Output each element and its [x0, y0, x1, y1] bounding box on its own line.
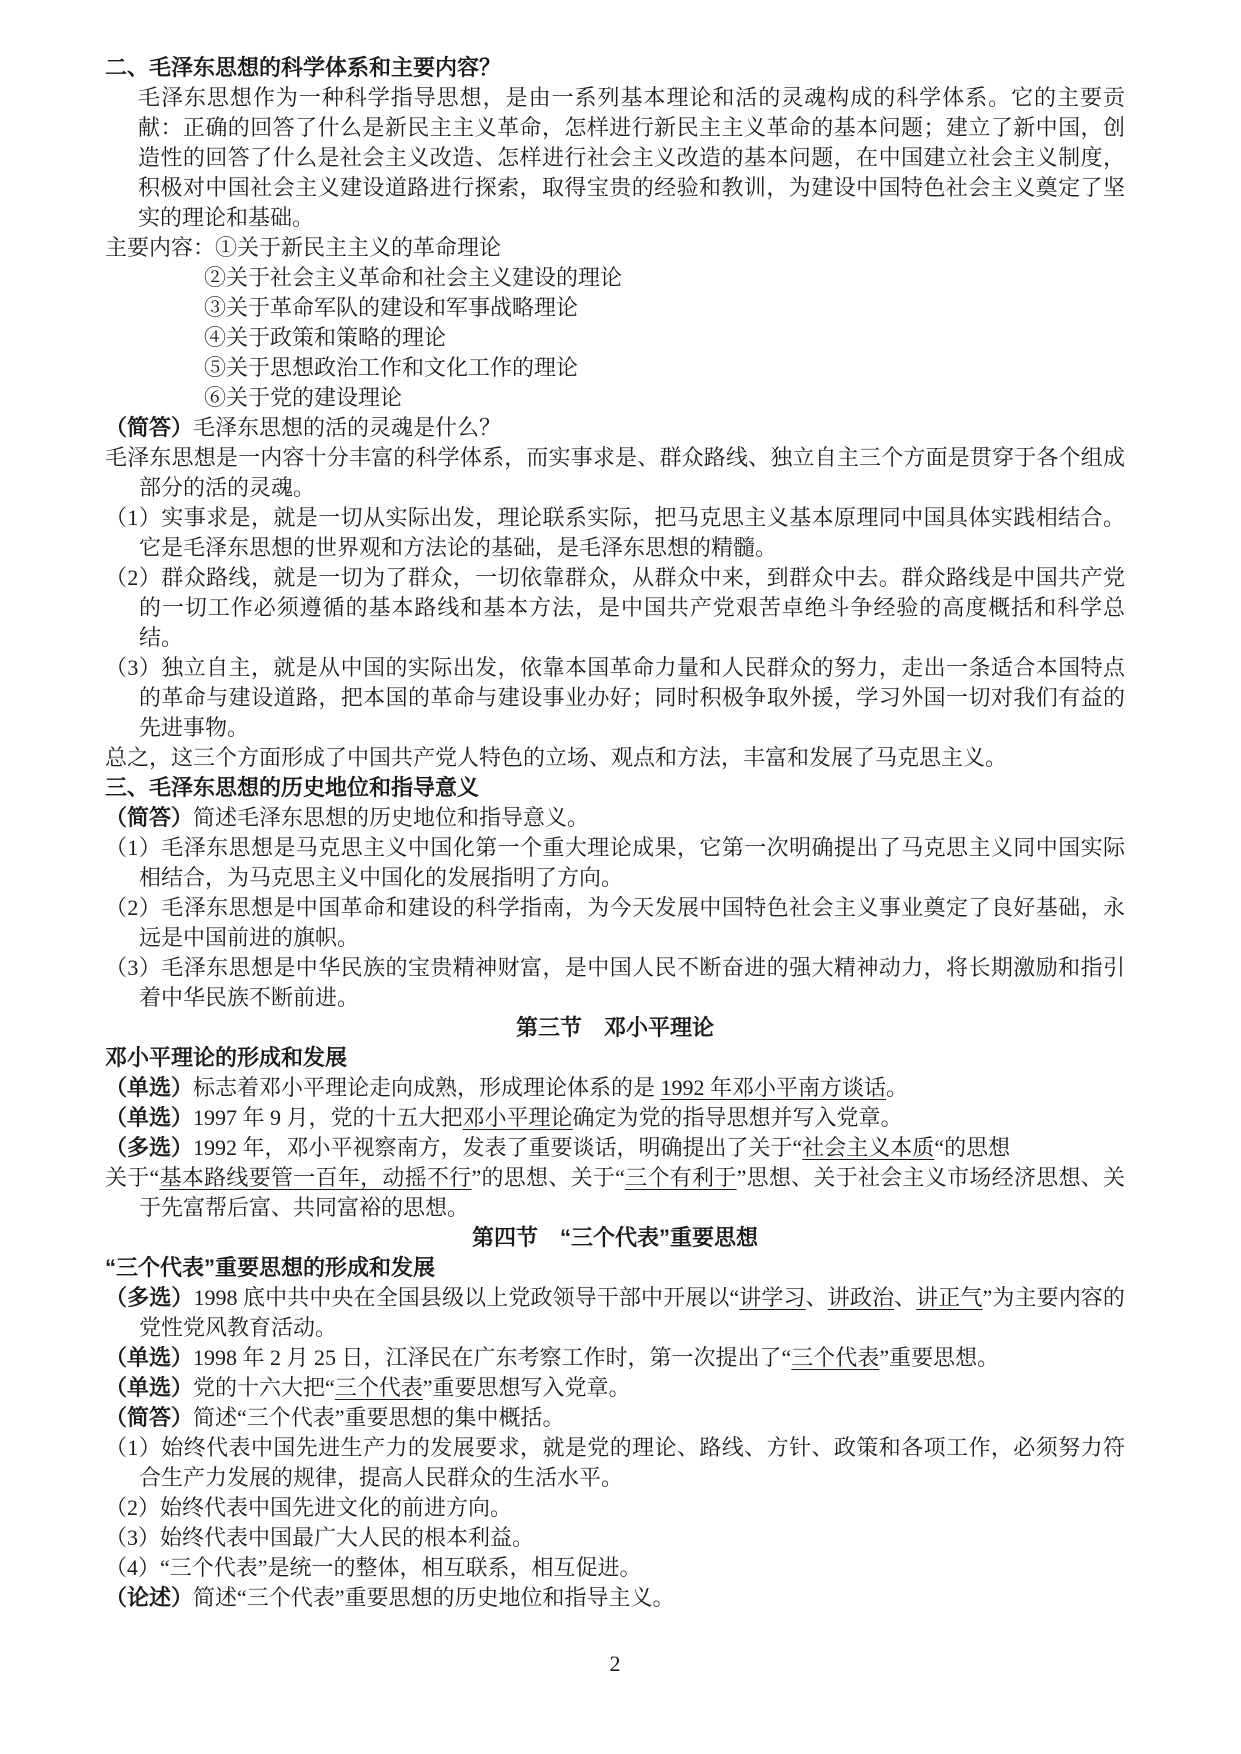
question-type-label: （多选） — [105, 1135, 193, 1160]
question-type-label: （多选） — [105, 1285, 193, 1310]
text-run: 1998 年 2 月 25 日，江泽民在广东考察工作时，第一次提出了“ — [193, 1345, 791, 1370]
question-deng-15th-congress: （单选）1997 年 9 月，党的十五大把邓小平理论确定为党的指导思想并写入党章… — [105, 1103, 1125, 1133]
paragraph-main-content: 主要内容：①关于新民主主义的革命理论 — [105, 233, 1125, 263]
question-type-label: （单选） — [105, 1375, 193, 1400]
point-paragraph: （1）实事求是，就是一切从实际出发，理论联系实际，把马克思主义基本原理同中国具体… — [105, 503, 1125, 563]
underlined-term: 1992 年邓小平南方谈话 — [661, 1075, 887, 1100]
document-page: 二、毛泽东思想的科学体系和主要内容？ 毛泽东思想作为一种科学指导思想，是由一系列… — [0, 0, 1241, 1754]
underlined-term: 社会主义本质 — [802, 1135, 934, 1160]
list-item: ①关于新民主主义的革命理论 — [215, 235, 501, 260]
subsection-heading-three-represents-formation: “三个代表”重要思想的形成和发展 — [105, 1253, 1125, 1283]
text-run: 1992 年，邓小平视察南方，发表了重要谈话，明确提出了关于“ — [193, 1135, 802, 1160]
question-16th-congress: （单选）党的十六大把“三个代表”重要思想写入党章。 — [105, 1373, 1125, 1403]
question-status: （简答）简述毛泽东思想的历史地位和指导意义。 — [105, 803, 1125, 833]
text-run: ”的思想、关于“ — [471, 1165, 624, 1190]
text-run: 。 — [886, 1075, 908, 1100]
point-paragraph: （1）毛泽东思想是马克思主义中国化第一个重大理论成果，它第一次明确提出了马克思主… — [105, 833, 1125, 893]
main-content-label: 主要内容： — [105, 235, 215, 260]
question-deng-southern-talk-continued: 关于“基本路线要管一百年，动摇不行”的思想、关于“三个有利于”思想、关于社会主义… — [105, 1163, 1125, 1223]
text-run: 、 — [806, 1285, 828, 1310]
underlined-term: 讲学习 — [739, 1285, 805, 1310]
question-text: 简述“三个代表”重要思想的历史地位和指导主义。 — [193, 1585, 675, 1610]
question-1998-education: （多选）1998 底中共中央在全国县级以上党政领导干部中开展以“讲学习、讲政治、… — [105, 1283, 1125, 1343]
question-type-label: （简答） — [105, 415, 193, 440]
text-run: 、 — [894, 1285, 916, 1310]
question-jiang-guangdong: （单选）1998 年 2 月 25 日，江泽民在广东考察工作时，第一次提出了“三… — [105, 1343, 1125, 1373]
point-paragraph: （3）独立自主，就是从中国的实际出发，依靠本国革命力量和人民群众的努力，走出一条… — [105, 653, 1125, 743]
point-paragraph: （3）毛泽东思想是中华民族的宝贵精神财富，是中国人民不断奋进的强大精神动力，将长… — [105, 953, 1125, 1013]
list-item: ③关于革命军队的建设和军事战略理论 — [105, 293, 1125, 323]
point-paragraph: （2）毛泽东思想是中国革命和建设的科学指南，为今天发展中国特色社会主义事业奠定了… — [105, 893, 1125, 953]
question-text: 毛泽东思想的活的灵魂是什么？ — [193, 415, 501, 440]
section-title-three-represents: 第四节 “三个代表”重要思想 — [105, 1223, 1125, 1253]
question-soul: （简答）毛泽东思想的活的灵魂是什么？ — [105, 413, 1125, 443]
text-run: 关于“ — [105, 1165, 159, 1190]
text-run: “的思想 — [934, 1135, 1010, 1160]
underlined-term: 三个有利于 — [625, 1165, 737, 1190]
point-paragraph: （2）群众路线，就是一切为了群众，一切依靠群众，从群众中来，到群众中去。群众路线… — [105, 563, 1125, 653]
question-deng-southern-talk: （多选）1992 年，邓小平视察南方，发表了重要谈话，明确提出了关于“社会主义本… — [105, 1133, 1125, 1163]
question-type-label: （单选） — [105, 1105, 193, 1130]
underlined-term: 讲正气 — [916, 1285, 982, 1310]
section-heading-mao-system: 二、毛泽东思想的科学体系和主要内容？ — [105, 53, 1125, 83]
underlined-term: 三个代表 — [335, 1375, 423, 1400]
underlined-term: 三个代表 — [791, 1345, 879, 1370]
answer-paragraph: 毛泽东思想是一内容十分丰富的科学体系，而实事求是、群众路线、独立自主三个方面是贯… — [105, 443, 1125, 503]
text-run: 1998 底中共中央在全国县级以上党政领导干部中开展以“ — [193, 1285, 739, 1310]
question-type-label: （简答） — [105, 1405, 193, 1430]
subsection-heading-deng-formation: 邓小平理论的形成和发展 — [105, 1043, 1125, 1073]
text-run: 党的十六大把“ — [193, 1375, 335, 1400]
text-run: ”重要思想。 — [879, 1345, 999, 1370]
question-text: 简述毛泽东思想的历史地位和指导意义。 — [193, 805, 589, 830]
question-deng-mature: （单选）标志着邓小平理论走向成熟，形成理论体系的是 1992 年邓小平南方谈话。 — [105, 1073, 1125, 1103]
point-paragraph: （3）始终代表中国最广大人民的根本利益。 — [105, 1523, 1125, 1553]
question-type-label: （简答） — [105, 805, 193, 830]
list-item: ④关于政策和策略的理论 — [105, 323, 1125, 353]
underlined-term: 讲政治 — [828, 1285, 894, 1310]
underlined-term: 邓小平理论 — [463, 1105, 573, 1130]
summary-paragraph: 总之，这三个方面形成了中国共产党人特色的立场、观点和方法，丰富和发展了马克思主义… — [105, 743, 1125, 773]
page-number: 2 — [610, 1651, 621, 1676]
text-run: 1997 年 9 月，党的十五大把 — [193, 1105, 463, 1130]
text-run: ”重要思想写入党章。 — [423, 1375, 631, 1400]
question-type-label: （单选） — [105, 1345, 193, 1370]
question-text: 简述“三个代表”重要思想的集中概括。 — [193, 1405, 565, 1430]
list-item: ⑥关于党的建设理论 — [105, 383, 1125, 413]
question-type-label: （论述） — [105, 1585, 193, 1610]
question-summary-three-represents: （简答）简述“三个代表”重要思想的集中概括。 — [105, 1403, 1125, 1433]
list-item: ⑤关于思想政治工作和文化工作的理论 — [105, 353, 1125, 383]
underlined-term: 基本路线要管一百年，动摇不行 — [159, 1165, 471, 1190]
question-type-label: （单选） — [105, 1075, 193, 1100]
question-essay: （论述）简述“三个代表”重要思想的历史地位和指导主义。 — [105, 1583, 1125, 1613]
text-run: 确定为党的指导思想并写入党章。 — [573, 1105, 903, 1130]
point-paragraph: （2）始终代表中国先进文化的前进方向。 — [105, 1493, 1125, 1523]
page-footer: 2 — [105, 1649, 1125, 1679]
list-item: ②关于社会主义革命和社会主义建设的理论 — [105, 263, 1125, 293]
point-paragraph: （4）“三个代表”是统一的整体，相互联系，相互促进。 — [105, 1553, 1125, 1583]
section-title-deng-theory: 第三节 邓小平理论 — [105, 1013, 1125, 1043]
text-run: 标志着邓小平理论走向成熟，形成理论体系的是 — [193, 1075, 661, 1100]
section-heading-mao-status: 三、毛泽东思想的历史地位和指导意义 — [105, 773, 1125, 803]
point-paragraph: （1）始终代表中国先进生产力的发展要求，就是党的理论、路线、方针、政策和各项工作… — [105, 1433, 1125, 1493]
paragraph-mao-overview: 毛泽东思想作为一种科学指导思想，是由一系列基本理论和活的灵魂构成的科学体系。它的… — [105, 83, 1125, 233]
